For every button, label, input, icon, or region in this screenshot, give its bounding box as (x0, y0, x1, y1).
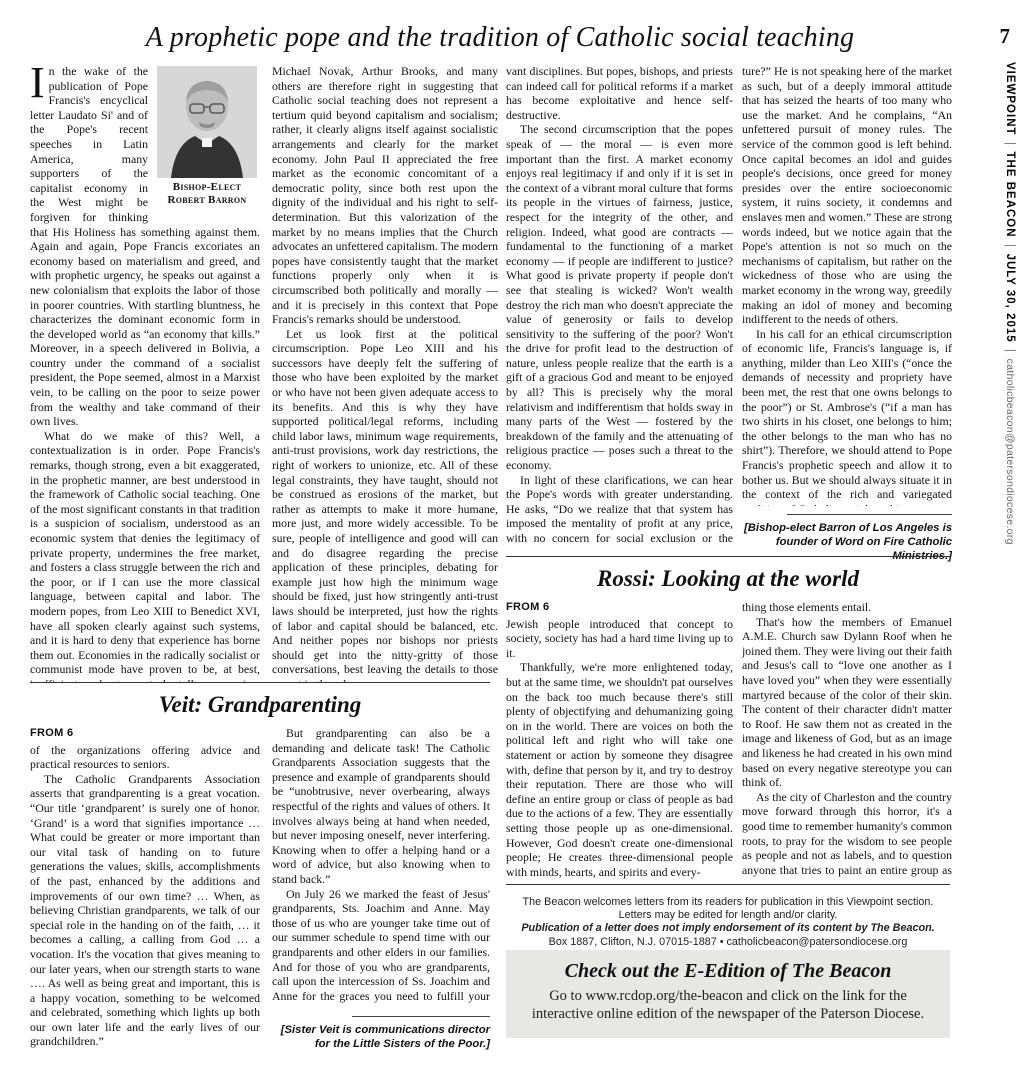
rossi-section-divider (506, 556, 950, 557)
page-number: 7 (1000, 24, 1011, 49)
continued-from-marker: FROM 6 (30, 726, 260, 741)
article-paragraph: In light of these clarifications, we can… (506, 473, 733, 542)
separator: | (1004, 343, 1016, 359)
e-edition-body: Go to www.rcdop.org/the-beacon and click… (524, 987, 932, 1023)
veit-column-1: FROM 6 of the organizations offering adv… (30, 726, 260, 1056)
article-paragraph: ture?” He is not speaking here of the ma… (742, 64, 952, 327)
notice-line: The Beacon welcomes letters from its rea… (506, 896, 950, 909)
article-paragraph: What do we make of this? Well, a context… (30, 429, 260, 682)
contact-email: catholicbeacon@patersondiocese.org (1004, 359, 1016, 545)
rossi-headline: Rossi: Looking at the world (506, 566, 950, 592)
barron-article-column-3: vant disciplines. But popes, bishops, an… (506, 64, 733, 542)
photo-caption-line1: Bishop-Elect (154, 181, 260, 194)
article-paragraph: On July 26 we marked the feast of Jesus'… (272, 887, 490, 1006)
notice-line: Letters may be edited for length and/or … (506, 909, 950, 922)
article-paragraph: Jewish people introduced that concept to… (506, 617, 733, 661)
e-edition-title: Check out the E-Edition of The Beacon (524, 960, 932, 983)
letters-to-editor-notice: The Beacon welcomes letters from its rea… (506, 896, 950, 949)
rossi-column-2: thing those elements entail. That's how … (742, 600, 952, 880)
main-article-headline: A prophetic pope and the tradition of Ca… (70, 22, 930, 54)
attribution-divider (352, 1016, 490, 1017)
bishop-barron-portrait-photo (157, 66, 257, 178)
section-label: VIEWPOINT (1004, 62, 1016, 136)
article-paragraph: That's how the members of Emanuel A.M.E.… (742, 615, 952, 790)
issue-date: JULY 30, 2015 (1004, 254, 1016, 343)
column-text: ture?” He is not speaking here of the ma… (742, 64, 952, 506)
separator: | (1004, 238, 1016, 254)
article-paragraph: of the organizations offering advice and… (30, 743, 260, 772)
e-edition-promo-box: Check out the E-Edition of The Beacon Go… (506, 950, 950, 1038)
notice-line-disclaimer: Publication of a letter does not imply e… (506, 922, 950, 935)
author-photo-block: Bishop-Elect Robert Barron (154, 66, 260, 207)
footer-divider (506, 884, 950, 885)
article-paragraph: As the city of Charleston and the countr… (742, 790, 952, 880)
photo-caption-line2: Robert Barron (154, 194, 260, 207)
veit-column-2: But grandparenting can also be a demandi… (272, 726, 490, 1006)
article-paragraph: In his call for an ethical circumscripti… (742, 327, 952, 506)
article-paragraph: Thankfully, we're more enlightened today… (506, 660, 733, 879)
veit-attribution: [Sister Veit is communications director … (272, 1023, 490, 1051)
veit-section-divider (30, 682, 490, 683)
article-paragraph: But grandparenting can also be a demandi… (272, 726, 490, 887)
attribution-divider (787, 514, 952, 515)
article-paragraph: Michael Novak, Arthur Brooks, and many o… (272, 64, 498, 327)
photo-caption: Bishop-Elect Robert Barron (154, 181, 260, 207)
article-paragraph: The second circumscription that the pope… (506, 122, 733, 472)
paper-name: THE BEACON (1004, 152, 1016, 238)
notice-line-address: Box 1887, Clifton, N.J. 07015-1887 • cat… (506, 936, 950, 949)
vertical-section-strip: VIEWPOINT|THE BEACON|JULY 30, 2015|catho… (994, 62, 1016, 822)
article-paragraph: vant disciplines. But popes, bishops, an… (506, 64, 733, 122)
newspaper-viewpoint-page: A prophetic pope and the tradition of Ca… (0, 0, 1024, 1080)
continued-from-marker: FROM 6 (506, 600, 733, 615)
article-paragraph: The Catholic Grandparents Association as… (30, 772, 260, 1049)
veit-headline: Veit: Grandparenting (30, 692, 490, 718)
drop-cap: I (30, 64, 49, 101)
veit-attribution-block: [Sister Veit is communications director … (272, 1008, 490, 1051)
article-paragraph: thing those elements entail. (742, 600, 952, 615)
article-paragraph: Let us look first at the political circu… (272, 327, 498, 682)
separator: | (1004, 136, 1016, 152)
barron-article-column-1: Bishop-Elect Robert Barron In the wake o… (30, 64, 260, 682)
rossi-column-1: FROM 6 Jewish people introduced that con… (506, 600, 733, 880)
barron-article-column-2: Michael Novak, Arthur Brooks, and many o… (272, 64, 498, 682)
